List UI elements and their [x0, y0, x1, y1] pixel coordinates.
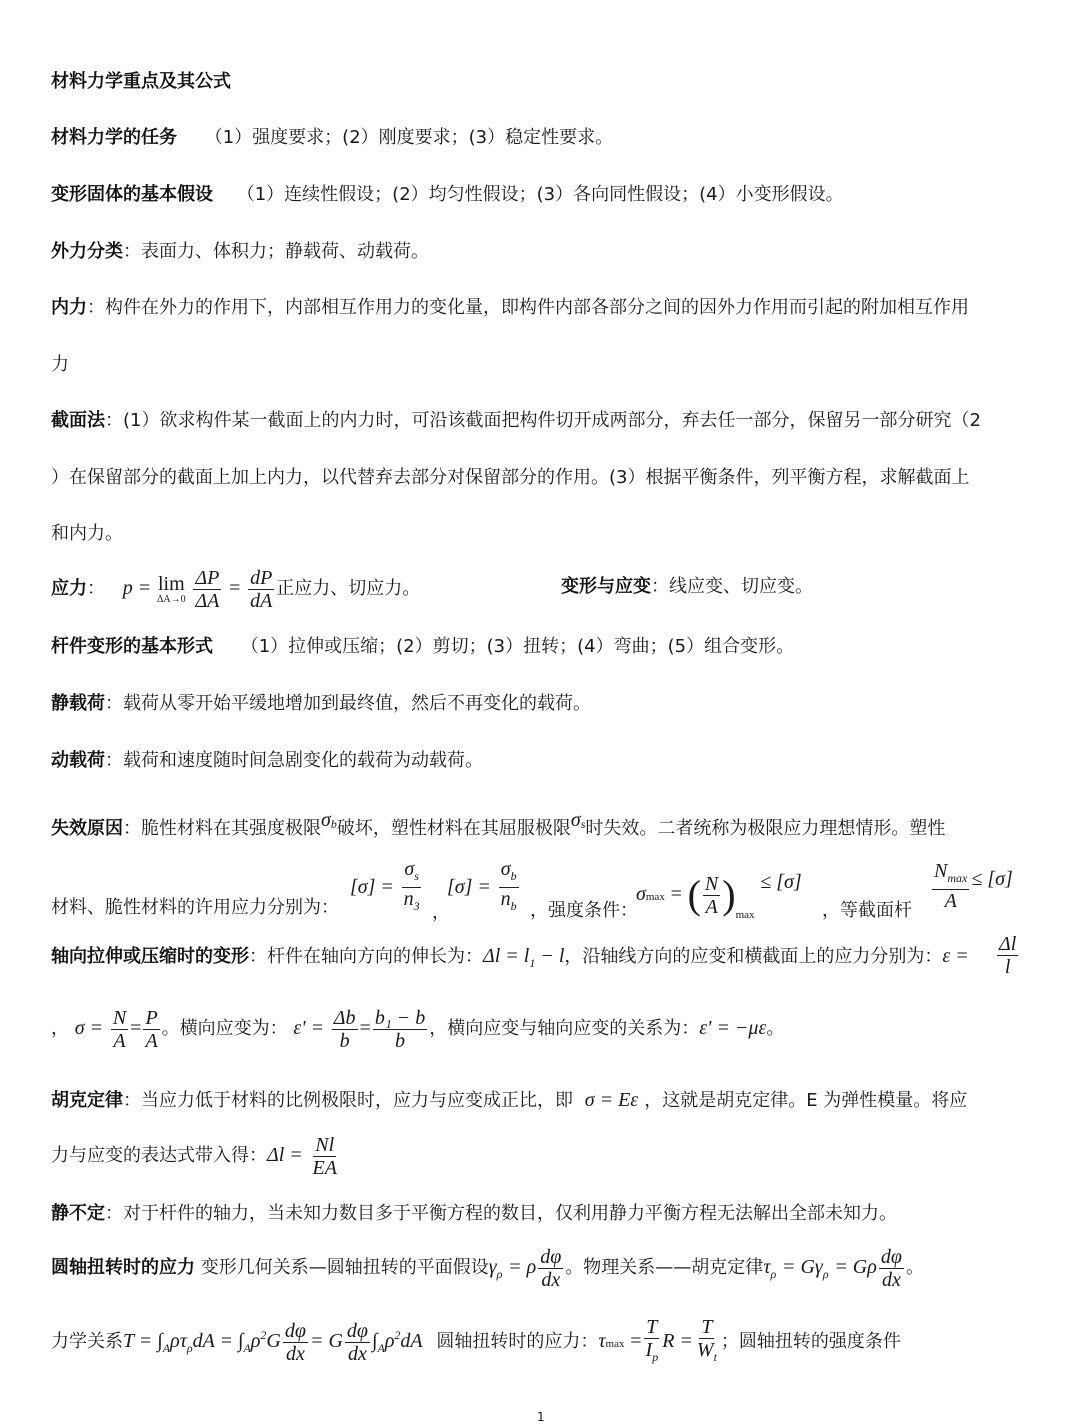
equals: = — [630, 1330, 641, 1352]
formula-torque: T = ∫ — [123, 1330, 163, 1352]
sigma: σ — [636, 883, 646, 905]
equals: = — [360, 1017, 371, 1039]
epsilon-prime: ε' = — [293, 1017, 324, 1039]
formula-hooke: σ = Eε — [585, 1089, 638, 1111]
subscript: max — [736, 909, 755, 921]
numerator: dP — [248, 567, 274, 590]
subscript: s — [414, 869, 419, 883]
text: 。物理关系——胡克定律 — [565, 1257, 763, 1278]
paragraph-assumptions: 变形固体的基本假设 （1）连续性假设；(2）均匀性假设；(3）各向同性假设；(4… — [51, 183, 844, 207]
denominator: A — [111, 1030, 127, 1052]
paragraph-tasks: 材料力学的任务 （1）强度要求；(2）刚度要求；(3）稳定性要求。 — [51, 126, 613, 150]
numerator: Δb — [332, 1007, 358, 1030]
paragraph-torsion-line2: 力学关系T = ∫AρτρdA = ∫Aρ2Gdφdx= Gdφdx∫Aρ2dA… — [51, 1310, 901, 1373]
subscript: ρ — [823, 1267, 829, 1281]
term: R = — [662, 1330, 693, 1352]
paragraph-stress: 应力： p = lim ΔA→0 ΔP ΔA = dP dA 正应力、切应力。 — [51, 563, 420, 614]
term: dA = ∫ — [193, 1330, 244, 1352]
denominator: ΔA — [193, 590, 221, 612]
label-stress: 应力 — [51, 578, 87, 599]
numerator: N — [111, 1007, 128, 1030]
text: 。 — [766, 1018, 784, 1039]
paragraph-failure: 失效原因：脆性材料在其强度极限σb破坏，塑性材料在其屈服极限σs时失效。二者统称… — [51, 808, 945, 841]
numerator: σ — [404, 858, 414, 880]
label-assumptions: 变形固体的基本假设 — [51, 184, 213, 205]
fraction: N A — [703, 873, 720, 918]
numerator: dφ — [538, 1246, 563, 1269]
subscript: max — [606, 1338, 625, 1350]
text-stress: 正应力、切应力。 — [276, 578, 420, 599]
sigma: σ = — [75, 1017, 103, 1039]
label-indeterminate: 静不定 — [51, 1203, 105, 1224]
lhs: [σ] = — [350, 876, 394, 898]
denominator: A — [143, 1030, 159, 1052]
text-internal-force-1: ：构件在外力的作用下，内部相互作用力的变化量，即构件内部各部分之间的因外力作用而… — [87, 297, 969, 318]
lim-subscript: ΔA→0 — [157, 595, 186, 605]
numerator: P — [143, 1007, 159, 1030]
formula-delta-l: Δl = — [267, 1144, 303, 1166]
equals: = Gρ — [834, 1256, 877, 1278]
page-number: 1 — [537, 1410, 545, 1424]
formula-allowable-stress-plastic: [σ] = σs n3 — [350, 858, 424, 917]
fraction-delta: ΔP ΔA — [193, 567, 221, 612]
denominator: EA — [311, 1157, 339, 1179]
numerator: Nl — [313, 1134, 336, 1157]
denominator: dA — [248, 590, 274, 612]
numerator: dφ — [345, 1320, 370, 1343]
text-section-method-2: ）在保留部分的截面上加上内力，以代替弃去部分对保留部分的作用。(3）根据平衡条件… — [51, 466, 969, 490]
rhs: ≤ [σ] — [760, 871, 801, 893]
numerator: b₁ − b — [373, 1007, 427, 1030]
label-deformation-strain: 变形与应变 — [561, 576, 651, 597]
sigma-symbol: σ — [321, 809, 331, 831]
fraction: dφdx — [345, 1320, 370, 1365]
rhs: ≤ [σ] — [971, 868, 1012, 890]
denominator: b — [393, 1030, 407, 1052]
text: 。 — [906, 1257, 924, 1278]
formula-allowable-stress-brittle: [σ] = σb nb — [447, 858, 521, 917]
term: ρ — [385, 1330, 395, 1352]
text: ，横向应变与轴向应变的关系为： — [429, 1018, 699, 1039]
formula-poisson: ε' = −με — [699, 1017, 766, 1039]
subscript: ρ — [770, 1267, 776, 1281]
comma: ， — [51, 1018, 69, 1039]
subscript: max — [646, 891, 665, 903]
subscript: A — [163, 1341, 170, 1355]
text-static-load: ：载荷从零开始平缓地增加到最终值，然后不再变化的载荷。 — [105, 693, 591, 714]
subscript: b — [511, 869, 517, 883]
fraction: σs n3 — [402, 858, 422, 917]
formula-elongation: Δl = l — [483, 945, 529, 967]
label-tasks: 材料力学的任务 — [51, 127, 177, 148]
text: 时失效。二者统称为极限应力理想情形。塑性 — [585, 818, 945, 839]
text: ：对于杆件的轴力，当未知力数目多于平衡方程的数目，仅利用静力平衡方程无法解出全部… — [105, 1203, 897, 1224]
subscript: b — [511, 899, 517, 913]
denominator: dx — [880, 1269, 903, 1291]
paragraph-section-method: 截面法：(1）欲求构件某一截面上的内力时，可沿该截面把构件切开成两部分，弃去任一… — [51, 409, 981, 433]
label-internal-force: 内力 — [51, 297, 87, 318]
numerator: Δl — [997, 933, 1018, 956]
denominator: dx — [346, 1343, 369, 1365]
denominator: dx — [284, 1343, 307, 1365]
subscript: A — [377, 1341, 384, 1355]
tau: τ — [598, 1330, 605, 1352]
fraction-derivative: dP dA — [248, 567, 274, 612]
subscript: 3 — [414, 899, 420, 913]
numerator: σ — [501, 858, 511, 880]
text-failure-line2: 材料、脆性材料的许用应力分别为： — [51, 896, 339, 920]
text: 变形几何关系—圆轴扭转的平面假设 — [201, 1257, 489, 1278]
paragraph-external-force: 外力分类：表面力、体积力；静载荷、动载荷。 — [51, 240, 429, 264]
denominator: A — [703, 896, 719, 918]
fraction: Δbb — [332, 1007, 358, 1052]
formula-strength-condition: σmax = ( N A )max ≤ [σ] — [636, 852, 802, 945]
text-basic-forms: （1）拉伸或压缩；(2）剪切；(3）扭转；(4）弯曲；(5）组合变形。 — [241, 636, 794, 657]
denominator: W — [697, 1339, 714, 1361]
colon: ： — [87, 578, 105, 599]
label-axial: 轴向拉伸或压缩时的变形 — [51, 946, 249, 967]
lim-text: lim — [158, 573, 185, 595]
denominator: n — [404, 888, 414, 910]
text: 圆轴扭转时的应力： — [436, 1331, 598, 1352]
numerator: ΔP — [193, 567, 221, 590]
fraction: dφdx — [283, 1320, 308, 1365]
equals: = Gγ — [782, 1256, 823, 1278]
text: ，这就是胡克定律。E 为弹性模量。将应 — [644, 1090, 967, 1111]
text-tasks: （1）强度要求；(2）刚度要求；(3）稳定性要求。 — [205, 127, 613, 148]
paragraph-axial: 轴向拉伸或压缩时的变形：杆件在轴向方向的伸长为：Δl = l1 − l，沿轴线方… — [51, 944, 969, 975]
formula-equal-section: Nmax A ≤ [σ] — [930, 860, 1013, 912]
text-section-method-3: 和内力。 — [51, 522, 123, 546]
label-section-method: 截面法 — [51, 410, 105, 431]
equals: = — [671, 883, 682, 905]
formula-p: p = — [123, 577, 152, 599]
equals: = — [130, 1017, 141, 1039]
fraction-strain: Δl l — [995, 933, 1020, 978]
term: dA — [400, 1330, 422, 1352]
label-failure: 失效原因 — [51, 818, 123, 839]
numerator: dφ — [879, 1246, 904, 1269]
subscript: t — [714, 1350, 717, 1364]
text-external-force: ：表面力、体积力；静载荷、动载荷。 — [123, 241, 429, 262]
paragraph-torsion: 圆轴扭转时的应力 变形几何关系—圆轴扭转的平面假设γρ = ρdφdx。物理关系… — [51, 1242, 924, 1299]
subscript: max — [947, 871, 967, 885]
text: ：当应力低于材料的比例极限时，应力与应变成正比，即 — [123, 1090, 573, 1111]
fraction: PA — [143, 1007, 159, 1052]
text-deformation-strain: ：线应变、切应变。 — [651, 576, 813, 597]
label-basic-forms: 杆件变形的基本形式 — [51, 636, 213, 657]
paragraph-internal-force: 内力：构件在外力的作用下，内部相互作用力的变化量，即构件内部各部分之间的因外力作… — [51, 296, 969, 320]
denominator: n — [501, 888, 511, 910]
denominator: A — [943, 890, 959, 912]
gamma: γ — [489, 1256, 497, 1278]
denominator: b — [338, 1030, 352, 1052]
fraction: Nmax A — [932, 860, 969, 912]
equals-rho: = ρ — [508, 1256, 536, 1278]
limit-operator: lim ΔA→0 — [157, 573, 186, 605]
fraction: dφdx — [538, 1246, 563, 1291]
fraction: b₁ − bb — [373, 1007, 427, 1052]
text-internal-force-2: 力 — [51, 353, 69, 377]
subscript: ρ — [497, 1267, 503, 1281]
denominator: l — [1003, 956, 1013, 978]
text: ，沿轴线方向的应变和横截面上的应力分别为： — [564, 946, 942, 967]
paragraph-indeterminate: 静不定：对于杆件的轴力，当未知力数目多于平衡方程的数目，仅利用静力平衡方程无法解… — [51, 1202, 897, 1226]
text: 力学关系 — [51, 1331, 123, 1352]
paragraph-deformation-strain: 变形与应变：线应变、切应变。 — [561, 575, 813, 599]
label-torsion: 圆轴扭转时的应力 — [51, 1257, 195, 1278]
text: 力与应变的表达式带入得： — [51, 1145, 267, 1166]
equals: = — [229, 577, 240, 599]
subscript: p — [652, 1350, 658, 1364]
formula-tail: − l — [535, 945, 564, 967]
paragraph-axial-line2: ， σ = NA=PA。横向应变为： ε' = Δbb=b₁ − bb，横向应变… — [51, 1003, 784, 1054]
term: G — [266, 1330, 280, 1352]
paragraph-basic-forms: 杆件变形的基本形式 （1）拉伸或压缩；(2）剪切；(3）扭转；(4）弯曲；(5）… — [51, 635, 794, 659]
document-title: 材料力学重点及其公式 — [51, 70, 231, 94]
text: ：杆件在轴向方向的伸长为： — [249, 946, 483, 967]
label-external-force: 外力分类 — [51, 241, 123, 262]
paragraph-static-load: 静载荷：载荷从零开始平缓地增加到最终值，然后不再变化的载荷。 — [51, 692, 591, 716]
numerator: dφ — [283, 1320, 308, 1343]
paragraph-dynamic-load: 动载荷：载荷和速度随时间急剧变化的载荷为动载荷。 — [51, 749, 483, 773]
numerator: T — [644, 1316, 659, 1339]
label-dynamic-load: 动载荷 — [51, 750, 105, 771]
fraction: σb nb — [499, 858, 519, 917]
fraction: NlEA — [311, 1134, 339, 1179]
label-hooke: 胡克定律 — [51, 1090, 123, 1111]
label-static-load: 静载荷 — [51, 693, 105, 714]
text: 破坏，塑性材料在其屈服极限 — [337, 818, 571, 839]
paragraph-hooke-line2: 力与应变的表达式带入得：Δl = NlEA — [51, 1130, 341, 1181]
paragraph-hooke: 胡克定律：当应力低于材料的比例极限时，应力与应变成正比，即 σ = Eε，这就是… — [51, 1088, 967, 1113]
fraction: NA — [111, 1007, 128, 1052]
text-strength-condition: ，强度条件： — [530, 896, 638, 922]
epsilon: ε = — [942, 945, 968, 967]
text: ；圆轴扭转的强度条件 — [721, 1331, 901, 1352]
text: 。横向应变为： — [162, 1018, 288, 1039]
sigma-symbol: σ — [571, 809, 581, 831]
fraction: TWt — [695, 1316, 719, 1368]
text-assumptions: （1）连续性假设；(2）均匀性假设；(3）各向同性假设；(4）小变形假设。 — [237, 184, 844, 205]
fraction: TIp — [644, 1316, 661, 1368]
numerator: N — [934, 860, 947, 882]
denominator: dx — [539, 1269, 562, 1291]
text-equal-section: ，等截面杆 — [822, 896, 912, 922]
term: ρ — [251, 1330, 261, 1352]
subscript: A — [243, 1341, 250, 1355]
term: = G — [310, 1330, 343, 1352]
numerator: T — [699, 1316, 714, 1339]
term: ρτ — [170, 1330, 187, 1352]
fraction: dφdx — [879, 1246, 904, 1291]
text-section-method-1: ：(1）欲求构件某一截面上的内力时，可沿该截面把构件切开成两部分，弃去任一部分，… — [105, 410, 981, 431]
lhs: [σ] = — [447, 876, 491, 898]
text-dynamic-load: ：载荷和速度随时间急剧变化的载荷为动载荷。 — [105, 750, 483, 771]
numerator: N — [703, 873, 720, 896]
text: ：脆性材料在其强度极限 — [123, 818, 321, 839]
